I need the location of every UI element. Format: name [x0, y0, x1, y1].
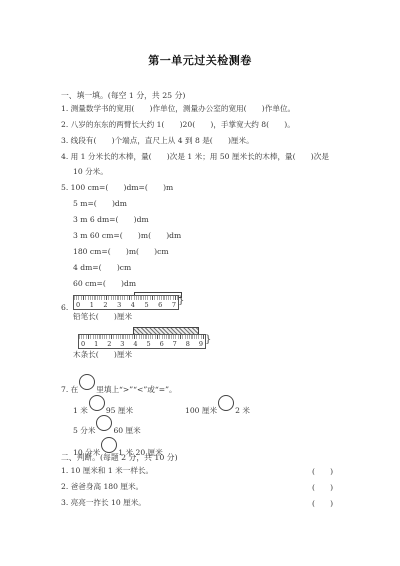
- comparison-right: 95 厘米: [106, 406, 133, 415]
- ruler-label: 5: [144, 301, 148, 309]
- comparison-circle-input[interactable]: [89, 395, 105, 411]
- ruler-label: 8: [186, 340, 190, 348]
- comparison-left: 100 厘米: [185, 406, 217, 415]
- question-7-suffix: 里填上“>”“<”或“=”。: [96, 385, 176, 394]
- ruler-1: 0 1 2 3 4 5 6 7: [73, 295, 179, 310]
- ruler-label: 9: [199, 340, 203, 348]
- ruler-label: 0: [81, 340, 85, 348]
- comparison-right: 60 厘米: [113, 426, 140, 435]
- comparison-circle-icon: [79, 374, 95, 390]
- ruler-label: 4: [133, 340, 137, 348]
- section-2-heading: 二、判断。(每题 2 分，共 10 分): [61, 452, 178, 463]
- question-5-item: 4 dm=( )cm: [73, 263, 131, 273]
- ruler-label: 6: [158, 301, 162, 309]
- question-5-item: 5. 100 cm=( )dm=( )m: [61, 183, 173, 193]
- comparison-left: 5 分米: [73, 426, 95, 435]
- judgment-answer-blank[interactable]: ( ): [312, 498, 333, 509]
- comparison-circle-input[interactable]: [218, 395, 234, 411]
- judgment-item: 2. 爸爸身高 180 厘米。: [61, 482, 143, 492]
- ruler-1-labels: 0 1 2 3 4 5 6 7: [76, 301, 176, 309]
- question-5-item: 180 cm=( )m( )cm: [73, 247, 169, 257]
- judgment-item: 1. 10 厘米和 1 米一样长。: [61, 466, 153, 476]
- ruler-label: 2: [103, 301, 107, 309]
- wood-length-caption: 木条长( )厘米: [73, 350, 132, 360]
- question-6-number: 6.: [61, 303, 68, 313]
- comparison-item: 1 米95 厘米: [73, 395, 133, 416]
- ruler-2: 0 1 2 3 4 5 6 7 8 9: [78, 334, 206, 349]
- ruler-label: 7: [173, 340, 177, 348]
- section-1-heading: 一、填一填。(每空 1 分，共 25 分): [61, 90, 185, 101]
- question-5-item: 3 m 60 cm=( )m( )dm: [73, 231, 181, 241]
- comparison-left: 1 米: [73, 406, 88, 415]
- ruler-ticks: [74, 296, 178, 300]
- question-5-item: 3 m 6 dm=( )dm: [73, 215, 149, 225]
- ruler-label: 5: [146, 340, 150, 348]
- question-3: 3. 线段有( )个端点，直尺上从 4 到 8 是( )厘米。: [61, 136, 254, 146]
- pencil-length-caption: 铅笔长( )厘米: [73, 312, 132, 322]
- ruler-label: 6: [160, 340, 164, 348]
- ruler-2-labels: 0 1 2 3 4 5 6 7 8 9: [81, 340, 203, 348]
- question-7-prefix: 7. 在: [61, 385, 78, 394]
- comparison-item: 100 厘米2 米: [185, 395, 250, 416]
- judgment-answer-blank[interactable]: ( ): [312, 482, 333, 493]
- question-1: 1. 测量数学书的宽用( )作单位，测量办公室的宽用( )作单位。: [61, 104, 295, 114]
- ruler-label: 2: [107, 340, 111, 348]
- page-title: 第一单元过关检测卷: [0, 52, 400, 68]
- ruler-label: 1: [94, 340, 98, 348]
- judgment-item: 3. 亮亮一拃长 10 厘米。: [61, 498, 146, 508]
- question-7-prompt: 7. 在里填上“>”“<”或“=”。: [61, 374, 177, 395]
- ruler-label: 3: [117, 301, 121, 309]
- ruler-label: 4: [131, 301, 135, 309]
- question-5-item: 60 cm=( )dm: [73, 279, 136, 289]
- question-4-line-1: 4. 用 1 分米长的木棒，量( )次是 1 米；用 50 厘米长的木棒，量( …: [61, 152, 329, 162]
- comparison-item: 5 分米60 厘米: [73, 415, 141, 436]
- question-2: 2. 八岁的东东的两臂长大约 1( )20( )，手掌宽大约 8( )。: [61, 120, 295, 130]
- ruler-label: 0: [76, 301, 80, 309]
- ruler-label: 1: [90, 301, 94, 309]
- comparison-right: 2 米: [235, 406, 250, 415]
- ruler-label: 7: [172, 301, 176, 309]
- ruler-label: 3: [120, 340, 124, 348]
- ruler-break-mark: }: [178, 295, 184, 306]
- comparison-circle-input[interactable]: [96, 415, 112, 431]
- ruler-ticks: [79, 335, 205, 339]
- comparison-circle-input[interactable]: [101, 437, 117, 453]
- question-5-item: 5 m=( )dm: [73, 199, 127, 209]
- question-4-line-2: 10 分米。: [73, 167, 108, 177]
- ruler-break-mark: }: [205, 334, 211, 345]
- judgment-answer-blank[interactable]: ( ): [312, 466, 333, 477]
